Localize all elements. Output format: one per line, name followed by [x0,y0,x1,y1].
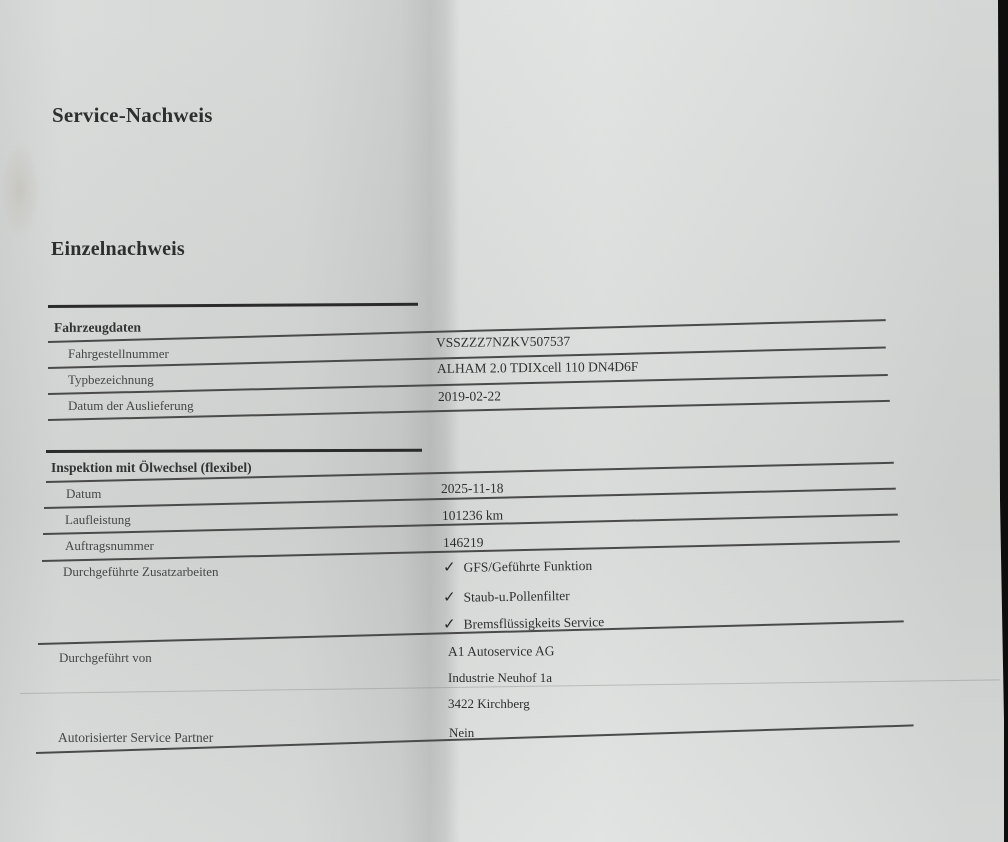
extra-work-item: ✓GFS/Geführte Funktion [443,556,592,576]
inspection-row-label: Auftragsnummer [65,538,154,554]
paper-smudge [0,140,40,240]
extra-work-item-text: Staub-u.Pollenfilter [463,588,569,605]
performed-by-line: Industrie Neuhof 1a [448,670,552,686]
inspection-date-value: 2025-11-18 [441,481,504,497]
vehicle-vin-value: VSSZZZ7NZKV507537 [436,334,570,351]
document-title: Service-Nachweis [52,103,213,128]
extra-work-item-text: GFS/Geführte Funktion [463,558,592,575]
section-title-inspection: Inspektion mit Ölwechsel (flexibel) [51,460,252,476]
vehicle-delivery-date-value: 2019-02-22 [438,388,501,405]
inspection-order-number-value: 146219 [443,535,484,551]
performed-by-label: Durchgeführt von [59,650,152,666]
checkmark-icon: ✓ [443,558,456,576]
vehicle-row-label: Datum der Auslieferung [68,398,194,414]
checkmark-icon: ✓ [443,615,456,633]
performed-by-line: A1 Autoservice AG [448,643,555,660]
inspection-row-label: Laufleistung [65,512,131,528]
vehicle-row-label: Fahrgestellnummer [68,346,169,362]
checkmark-icon: ✓ [443,588,456,606]
section-title-vehicle: Fahrzeugdaten [54,320,141,336]
vehicle-row-label: Typbezeichnung [68,372,154,388]
inspection-mileage-value: 101236 km [442,508,503,524]
extra-work-item: ✓Staub-u.Pollenfilter [443,586,570,606]
inspection-row-label: Datum [66,486,101,502]
authorized-partner-label: Autorisierter Service Partner [58,730,213,746]
vehicle-type-value: ALHAM 2.0 TDIXcell 110 DN4D6F [437,359,639,377]
extra-work-label: Durchgeführte Zusatzarbeiten [63,564,219,580]
document-subtitle: Einzelnachweis [51,238,185,261]
performed-by-line: 3422 Kirchberg [448,696,530,712]
